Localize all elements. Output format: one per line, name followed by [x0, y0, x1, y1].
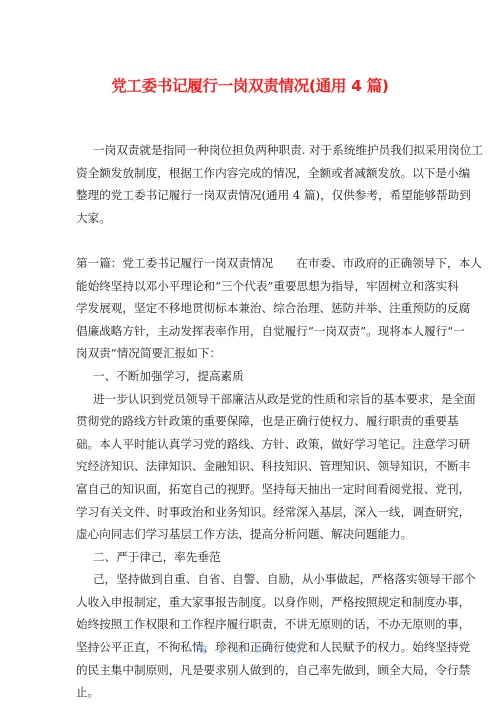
text-line: 贯彻党的路线方针政策的重要保障，也是正确行使权力、履行职责的重要基: [76, 410, 436, 433]
text-line: 第一篇：党工委书记履行一岗双责情况 在市委、市政府的正确领导下，本人: [76, 252, 436, 275]
text-line: 学发展观，坚定不移地贯彻标本兼治、综合治理、惩防并举、注重预防的反腐: [76, 297, 436, 320]
text-line: 一岗双责就是指同一种岗位担负两种职责. 对于系统维护员我们拟采用岗位工: [76, 139, 436, 162]
text-line: 止。: [76, 681, 436, 704]
paragraph-intro: 一岗双责就是指同一种岗位担负两种职责. 对于系统维护员我们拟采用岗位工 资全额发…: [76, 139, 436, 229]
paragraph-part-one-intro: 第一篇：党工委书记履行一岗双责情况 在市委、市政府的正确领导下，本人 能始终坚持…: [76, 252, 436, 365]
text-line: 资全额发放制度，根据工作内容完成的情况，全额或者减额发放。以下是小编: [76, 162, 436, 185]
text-line: 础。本人平时能认真学习党的路线、方针、政策，做好学习笔记。注意学习研: [76, 433, 436, 456]
text-line: 学习有关文件、时事政治和业务知识。经常深入基层，深入一线，调查研究，: [76, 501, 436, 524]
text-line: 人收入申报制定，重大家事报告制度。以身作则，严格按照规定和制度办事，: [76, 591, 436, 614]
paragraph-discipline: 己，坚持做到自重、自省、自警、自励，从小事做起，严格落实领导干部个 人收入申报制…: [76, 568, 436, 704]
text-line: 的民主集中制原则，凡是要求别人做到的，自己率先做到，顾全大局，令行禁: [76, 659, 436, 682]
text-line: 富自己的知识面，拓宽自己的视野。坚持每天抽出一定时间看阅党报、党刊，: [76, 478, 436, 501]
text-line: 进一步认识到党员领导干部廉洁从政是党的性质和宗旨的基本要求，是全面: [76, 388, 436, 411]
text-line: 能始终坚持以邓小平理论和“三个代表”重要思想为指导，牢固树立和落实科: [76, 275, 436, 298]
text-line: 究经济知识、法律知识、金融知识、科技知识、管理知识、领导知识，不断丰: [76, 455, 436, 478]
paragraph-study: 进一步认识到党员领导干部廉洁从政是党的性质和宗旨的基本要求，是全面 贯彻党的路线…: [76, 388, 436, 546]
page-number-footer: 第 1 页 共 7 页: [0, 643, 500, 656]
blank-line: [76, 229, 436, 252]
section-heading-2: 二、严于律己，率先垂范: [76, 546, 436, 569]
text-line: 始终按照工作权限和工作程序履行职责，不讲无原则的话，不办无原则的事，: [76, 613, 436, 636]
text-line: 虚心向同志们学习基层工作方法，提高分析问题、解决问题能力。: [76, 523, 436, 546]
text-line: 大家。: [76, 207, 436, 230]
text-line: 倡廉战略方针，主动发挥表率作用，自觉履行“一岗双责”。现将本人履行“一: [76, 320, 436, 343]
text-line: 岗双责”情况简要汇报如下：: [76, 342, 436, 365]
section-heading-1: 一、不断加强学习，提高素质: [76, 365, 436, 388]
document-title: 党工委书记履行一岗双责情况(通用 4 篇): [0, 74, 500, 96]
text-line: 己，坚持做到自重、自省、自警、自励，从小事做起，严格落实领导干部个: [76, 568, 436, 591]
document-body: 一岗双责就是指同一种岗位担负两种职责. 对于系统维护员我们拟采用岗位工 资全额发…: [76, 139, 436, 704]
text-line: 整理的党工委书记履行一岗双责情况(通用 4 篇)，仅供参考，希望能够帮助到: [76, 184, 436, 207]
document-page: 党工委书记履行一岗双责情况(通用 4 篇) 一岗双责就是指同一种岗位担负两种职责…: [0, 0, 500, 708]
